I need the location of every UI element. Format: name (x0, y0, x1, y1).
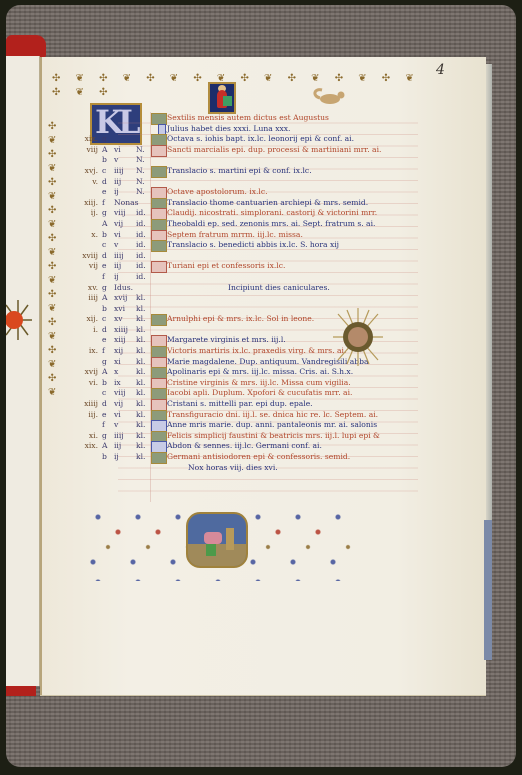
calendar-cell: iiij (78, 293, 98, 304)
calendar-cell: kl. (136, 304, 150, 315)
calendar-cell: viij (114, 208, 136, 219)
calendar-cell: iij (114, 441, 136, 452)
calendar-cell: e (102, 261, 112, 272)
calendar-row: viijAviN.Sancti marcialis epi. dup. proc… (78, 145, 438, 156)
calendar-cell: vi. (78, 378, 98, 389)
folio-number: 4 (436, 62, 445, 78)
calendar-cell: g (102, 431, 112, 442)
sun-icon-left-page (6, 300, 34, 340)
calendar-cell: ij. (78, 208, 98, 219)
calendar-cell: viij (114, 388, 136, 399)
calendar-cell: vi (114, 145, 136, 156)
calendar-heading-line: Sextilis mensis autem dictus est Augustu… (78, 113, 438, 124)
calendar-cell: xvij (78, 367, 98, 378)
calendar-cell: Arnulphi epi & mrs. ix.lc. Sol in leone. (167, 314, 314, 325)
calendar-cell: A (102, 441, 112, 452)
calendar-cell: d (102, 177, 112, 188)
calendar-cell: e (102, 410, 112, 421)
calendar-cell: b (102, 155, 112, 166)
calendar-row: fvkl.Anne mris marie. dup. anni. pantale… (78, 420, 438, 431)
calendar-cell: kl. (136, 335, 150, 346)
calendar-row: ix.fxijkl.Victoris martiris ix.lc. praxe… (78, 346, 438, 357)
calendar-cell: c (102, 240, 112, 251)
calendar-cell: xvi (114, 304, 136, 315)
calendar-row: cviijkl.Iacobi apli. Duplum. Xpofori & c… (78, 388, 438, 399)
calendar-cell: Cristine virginis & mrs. iij.lc. Missa c… (167, 378, 351, 389)
calendar-cell: xvij (114, 293, 136, 304)
calendar-text-block: Sextilis mensis autem dictus est Augustu… (78, 113, 438, 473)
calendar-cell: Octave apostolorum. ix.lc. (167, 187, 268, 198)
calendar-cell: Incipiunt dies caniculares. (228, 283, 330, 294)
calendar-row: v.diijN. (78, 177, 438, 188)
calendar-cell: v. (78, 177, 98, 188)
left-vine-border: ✣ ❦ ✣ ❦ ✣ ❦ ✣ ❦ ✣ ❦ ✣ ❦ ✣ ❦ ✣ ❦ ✣ ❦ ✣ ❦ (48, 120, 70, 500)
calendar-cell: b (102, 378, 112, 389)
calendar-cell: c (102, 388, 112, 399)
calendar-cell: f (102, 198, 112, 209)
calendar-cell: Nonas (114, 198, 136, 209)
calendar-cell: xiij (114, 335, 136, 346)
calendar-cell: id. (136, 240, 150, 251)
calendar-cell: ij (114, 452, 136, 463)
top-vine-border: ✣ ❦ ✣ ❦ ✣ ❦ ✣ ❦ ✣ ❦ ✣ ❦ ✣ ❦ ✣ ❦ ✣ ❦ ✣ (52, 72, 432, 100)
calendar-cell: vij (114, 219, 136, 230)
calendar-cell: vij (114, 399, 136, 410)
calendar-cell: A (102, 145, 112, 156)
calendar-cell: ix (114, 378, 136, 389)
calendar-cell: xij (114, 346, 136, 357)
calendar-cell: xij. (78, 314, 98, 325)
calendar-cell: b (102, 304, 112, 315)
calendar-cell: xiiij (78, 399, 98, 410)
calendar-cell: Transfiguracio dni. iij.l. se. dnica hic… (167, 410, 378, 421)
calendar-cell: d (102, 251, 112, 262)
calendar-cell: b (102, 452, 112, 463)
calendar-cell: g (102, 134, 112, 145)
calendar-cell: Anne mris marie. dup. anni. pantaleonis … (167, 420, 377, 431)
calendar-cell: xviij (78, 251, 98, 262)
facing-page-edge (6, 56, 40, 686)
calendar-cell: d (102, 325, 112, 336)
calendar-row: bvN. (78, 155, 438, 166)
calendar-cell: A (102, 219, 112, 230)
calendar-cell: xix. (78, 134, 98, 145)
calendar-cell: Germani antisiodoren epi & confessoris. … (167, 452, 350, 463)
calendar-cell: N. (136, 155, 150, 166)
calendar-cell: x. (78, 230, 98, 241)
calendar-cell: id. (136, 219, 150, 230)
calendar-row: xviijdiiijid. (78, 251, 438, 262)
calendar-cell: xv. (78, 283, 98, 294)
calendar-cell: kl. (136, 441, 150, 452)
calendar-cell: N. (136, 166, 150, 177)
calendar-cell: id. (136, 261, 150, 272)
calendar-row: xiij.fNonasTranslacio thome cantuarien a… (78, 198, 438, 209)
calendar-cell: A (102, 367, 112, 378)
calendar-cell: kl. (136, 325, 150, 336)
calendar-cell: ij (114, 272, 136, 283)
squirrel-marginalia (312, 88, 346, 106)
red-binding-bottom (6, 686, 36, 696)
calendar-cell: Sextilis mensis autem dictus est Augustu… (167, 113, 329, 124)
calendar-cell: iij (114, 261, 136, 272)
calendar-cell: Sancti marcialis epi. dup. processi & ma… (167, 145, 381, 156)
calendar-row: gxikl.Marie magdalene. Dup. antiquum. Va… (78, 357, 438, 368)
calendar-row: x.bviid.Septem fratrum mrrm. iij.lc. mis… (78, 230, 438, 241)
harvest-miniature-reaper (186, 512, 248, 568)
calendar-cell: kl. (136, 346, 150, 357)
calendar-cell: Cristani s. mittelli par. epi dup. epale… (167, 399, 313, 410)
calendar-cell: Translacio s. martini epi & conf. ix.lc. (167, 166, 312, 177)
calendar-footer-line: Nox horas viij. dies xvi. (78, 463, 438, 474)
calendar-cell: iiij (114, 251, 136, 262)
calendar-cell: kl. (136, 367, 150, 378)
calendar-cell: iij (114, 177, 136, 188)
calendar-cell: xi. (78, 431, 98, 442)
calendar-cell: id. (136, 208, 150, 219)
calendar-cell: v (114, 420, 136, 431)
calendar-cell: Theobaldi ep. sed. zenonis mrs. ai. Sept… (167, 219, 375, 230)
calendar-cell: Octava s. iohis bapt. ix.lc. leonorij ep… (167, 134, 354, 145)
calendar-cell: iiij (114, 166, 136, 177)
calendar-row: eijN.Octave apostolorum. ix.lc. (78, 187, 438, 198)
king-miniature (208, 82, 236, 114)
calendar-row: ij.gviijid.Claudij. nicostrati. simplora… (78, 208, 438, 219)
calendar-cell: N. (136, 177, 150, 188)
calendar-row: Avijid.Theobaldi ep. sed. zenonis mrs. a… (78, 219, 438, 230)
calendar-row: cvid.Translacio s. benedicti abbis ix.lc… (78, 240, 438, 251)
calendar-cell: N. (136, 145, 150, 156)
calendar-row: iij.evikl.Transfiguracio dni. iij.l. se.… (78, 410, 438, 421)
calendar-cell: b (102, 230, 112, 241)
calendar-cell: Apolinaris epi & mrs. iij.lc. missa. Cri… (167, 367, 353, 378)
calendar-cell: Margarete virginis et mrs. iij.l. (167, 335, 286, 346)
calendar-row: fijid. (78, 272, 438, 283)
calendar-cell: iij. (78, 410, 98, 421)
calendar-cell: kl. (136, 314, 150, 325)
calendar-cell: iiij (114, 431, 136, 442)
blue-tab-edge (484, 520, 492, 660)
calendar-cell: N. (136, 187, 150, 198)
calendar-cell: Julius habet dies xxxi. Luna xxx. (167, 124, 290, 135)
calendar-heading-line: Julius habet dies xxxi. Luna xxx. (78, 124, 438, 135)
calendar-cell: kl. (136, 357, 150, 368)
calendar-cell: kl. (136, 388, 150, 399)
calendar-cell: f (102, 420, 112, 431)
red-binding-top (6, 35, 46, 57)
calendar-cell: e (102, 187, 112, 198)
calendar-cell: v (114, 240, 136, 251)
calendar-row: vi.bixkl.Cristine virginis & mrs. iij.lc… (78, 378, 438, 389)
sun-icon-leo (333, 308, 383, 366)
calendar-cell: A (102, 293, 112, 304)
calendar-row: xix.gOctava s. iohis bapt. ix.lc. leonor… (78, 134, 438, 145)
calendar-cell: e (102, 335, 112, 346)
calendar-cell: kl. (136, 452, 150, 463)
calendar-cell: Iacobi apli. Duplum. Xpofori & cucufatis… (167, 388, 352, 399)
calendar-cell: ix. (78, 346, 98, 357)
calendar-cell: kl. (136, 378, 150, 389)
calendar-row: iiijAxvijkl. (78, 293, 438, 304)
calendar-cell: kl. (136, 420, 150, 431)
calendar-row: bijkl.Germani antisiodoren epi & confess… (78, 452, 438, 463)
page-gutter (40, 57, 42, 695)
calendar-cell: g (102, 208, 112, 219)
calendar-cell: Claudij. nicostrati. simplorani. castori… (167, 208, 377, 219)
calendar-row: vijeiijid.Turiani epi et confessoris ix.… (78, 261, 438, 272)
calendar-cell: Nox horas viij. dies xvi. (188, 463, 278, 474)
calendar-row: exiijkl.Margarete virginis et mrs. iij.l… (78, 335, 438, 346)
calendar-cell: x (114, 367, 136, 378)
calendar-cell: f (102, 272, 112, 283)
calendar-row: xvj.ciiijN.Translacio s. martini epi & c… (78, 166, 438, 177)
calendar-cell: Victoris martiris ix.lc. praxedis virg. … (167, 346, 346, 357)
calendar-cell: i. (78, 325, 98, 336)
calendar-cell: Septem fratrum mrrm. iij.lc. missa. (167, 230, 303, 241)
calendar-cell: xix. (78, 441, 98, 452)
calendar-cell: kl. (136, 293, 150, 304)
calendar-cell: xiiij (114, 325, 136, 336)
calendar-cell: Felicis simplicij faustini & beatricis m… (167, 431, 380, 442)
calendar-row: i.dxiiijkl. (78, 325, 438, 336)
calendar-cell: v (114, 155, 136, 166)
calendar-cell: d (102, 399, 112, 410)
calendar-cell: Abdon & sennes. iij.lc. Germani conf. ai… (167, 441, 322, 452)
calendar-row: bxvikl. (78, 304, 438, 315)
calendar-cell: xiij. (78, 198, 98, 209)
calendar-cell: Translacio s. benedicti abbis ix.lc. S. … (167, 240, 339, 251)
calendar-cell: xv (114, 314, 136, 325)
calendar-cell: c (102, 166, 112, 177)
calendar-cell: vi (114, 410, 136, 421)
calendar-cell: Idus. (114, 283, 136, 294)
calendar-cell: kl. (136, 431, 150, 442)
calendar-row: xiiijdvijkl.Cristani s. mittelli par. ep… (78, 399, 438, 410)
calendar-row: xv.gIdus.Incipiunt dies caniculares. (78, 283, 438, 294)
calendar-cell: vi (114, 230, 136, 241)
calendar-cell: id. (136, 272, 150, 283)
calendar-cell: kl. (136, 410, 150, 421)
calendar-cell: xi (114, 357, 136, 368)
calendar-row: xi.giiijkl.Felicis simplicij faustini & … (78, 431, 438, 442)
calendar-cell: vij (78, 261, 98, 272)
calendar-cell: Translacio thome cantuarien archiepi & m… (167, 198, 368, 209)
calendar-cell: ij (114, 187, 136, 198)
calendar-cell: g (102, 357, 112, 368)
calendar-cell: kl. (136, 399, 150, 410)
calendar-row: xix.Aiijkl.Abdon & sennes. iij.lc. Germa… (78, 441, 438, 452)
calendar-cell: g (102, 283, 112, 294)
calendar-cell: id. (136, 230, 150, 241)
calendar-row: xvijAxkl.Apolinaris epi & mrs. iij.lc. m… (78, 367, 438, 378)
calendar-cell: f (102, 346, 112, 357)
calendar-row: xij.cxvkl.Arnulphi epi & mrs. ix.lc. Sol… (78, 314, 438, 325)
calendar-cell: c (102, 314, 112, 325)
calendar-cell: Turiani epi et confessoris ix.lc. (167, 261, 285, 272)
calendar-cell: xvj. (78, 166, 98, 177)
calendar-cell: id. (136, 251, 150, 262)
calendar-cell: viij (78, 145, 98, 156)
